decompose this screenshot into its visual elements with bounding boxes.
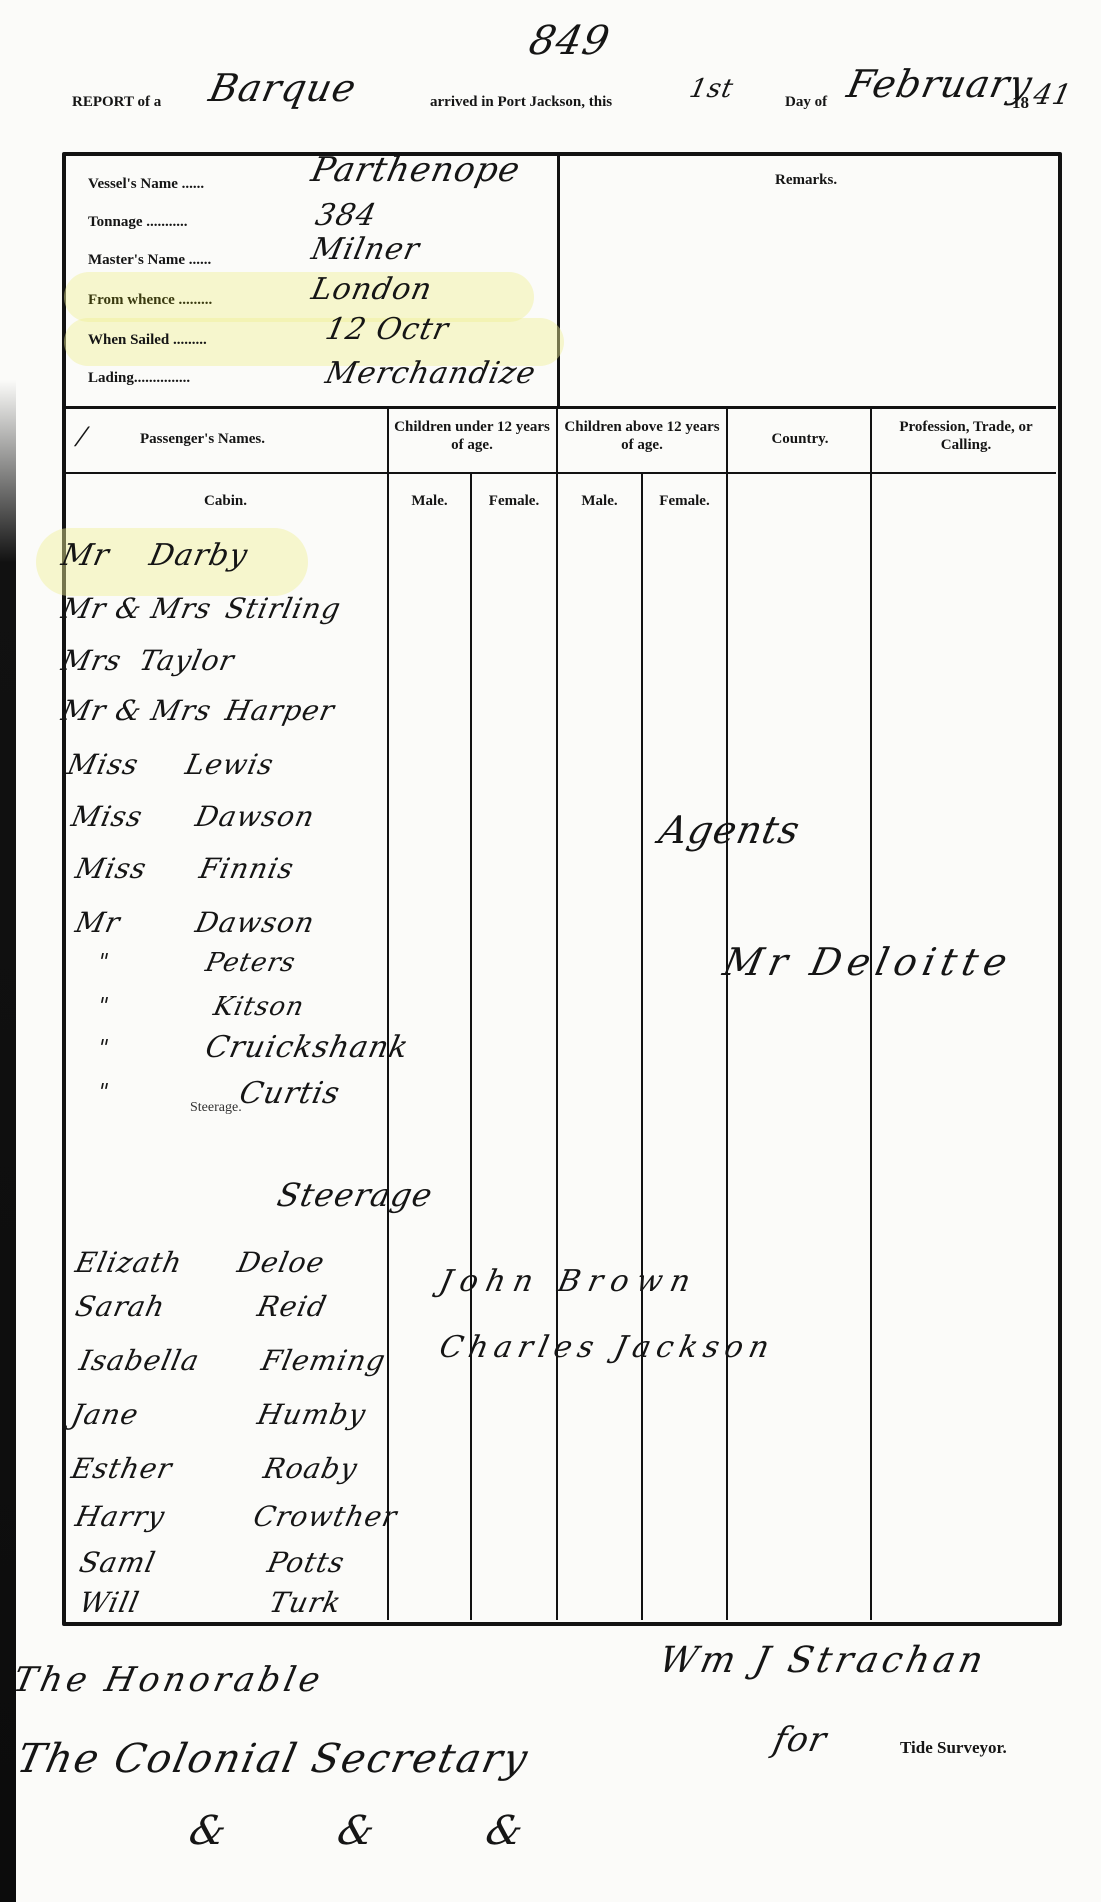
report-middle: arrived in Port Jackson, this: [430, 94, 612, 111]
passenger-surname: Lewis: [182, 748, 276, 781]
passenger-surname: Roaby: [260, 1452, 360, 1485]
passenger-first-name: Isabella: [76, 1344, 202, 1377]
passenger-first-name: Elizath: [72, 1246, 185, 1279]
scan-edge-shadow: [0, 380, 16, 1902]
column-divider: [387, 408, 389, 1620]
master-name-value: Milner: [308, 232, 423, 267]
top-section-bottom-rule: [64, 406, 1056, 409]
page-number: 849: [525, 18, 614, 64]
passenger-surname: Harper: [222, 694, 337, 727]
report-table: [62, 152, 1062, 1626]
extra-passenger-name: Charles Jackson: [436, 1330, 778, 1365]
passenger-surname: Humby: [254, 1398, 369, 1431]
col-header-children-under: Children under 12 years of age.: [392, 418, 552, 454]
passenger-first-name: Jane: [68, 1398, 142, 1431]
surveyor-signature: Wm J Strachan: [656, 1640, 991, 1681]
subheader-female-under: Female.: [472, 492, 556, 510]
agents-name: Mr Deloitte: [719, 940, 1017, 984]
lading-label: Lading...............: [88, 370, 190, 387]
passenger-first-name: Saml: [76, 1546, 158, 1579]
passenger-surname: Kitson: [211, 992, 307, 1022]
passenger-surname: Stirling: [222, 592, 344, 625]
col-header-children-above: Children above 12 years of age.: [562, 418, 722, 454]
passenger-title: Miss: [72, 852, 149, 885]
report-prefix: REPORT of a: [72, 94, 161, 111]
remarks-header: Remarks.: [775, 172, 837, 189]
passenger-surname: Taylor: [136, 644, 237, 677]
steerage-heading: Steerage: [274, 1176, 437, 1214]
subheader-cabin: Cabin.: [64, 492, 387, 510]
column-divider: [470, 473, 472, 1620]
addressee-line-3: & & &: [185, 1808, 577, 1854]
addressee-line-2: The Colonial Secretary: [13, 1736, 533, 1782]
master-name-label: Master's Name ......: [88, 252, 211, 269]
col-header-profession: Profession, Trade, or Calling.: [880, 418, 1052, 454]
subheader-male-under: Male.: [389, 492, 470, 510]
agents-label: Agents: [655, 808, 804, 852]
printed-steerage-label: Steerage.: [190, 1100, 242, 1116]
lading-value: Merchandize: [322, 356, 539, 391]
passenger-title: Mr: [58, 538, 113, 573]
header-row-bottom-rule: [64, 472, 1056, 474]
col-header-country: Country.: [730, 430, 870, 448]
vessel-remarks-divider: [557, 154, 560, 407]
passenger-surname: Peters: [203, 948, 299, 978]
passenger-first-name: Esther: [68, 1452, 175, 1485]
passenger-surname: Crowther: [250, 1500, 400, 1533]
passenger-surname: Turk: [266, 1586, 344, 1619]
addressee-line-1: The Honorable: [10, 1660, 328, 1700]
extra-passenger-name: John Brown: [436, 1264, 701, 1299]
subheader-male-above: Male.: [558, 492, 641, 510]
passenger-first-name: Harry: [72, 1500, 168, 1533]
tonnage-label: Tonnage ...........: [88, 214, 187, 231]
column-divider: [641, 473, 643, 1620]
passenger-surname: Finnis: [196, 852, 297, 885]
passenger-first-name: Sarah: [72, 1290, 168, 1323]
from-whence-label: From whence .........: [88, 292, 212, 309]
year-printed: 18: [1012, 93, 1029, 113]
column-divider: [556, 408, 558, 1620]
passenger-first-name: Will: [76, 1586, 142, 1619]
passenger-title: Miss: [68, 800, 145, 833]
passenger-surname: Fleming: [258, 1344, 388, 1377]
passenger-surname: Cruickshank: [202, 1030, 412, 1065]
from-whence-value: London: [308, 272, 435, 307]
when-sailed-label: When Sailed .........: [88, 332, 207, 349]
passenger-surname: Reid: [254, 1290, 330, 1323]
year-written: 41: [1030, 78, 1075, 111]
vessel-name-value: Parthenope: [308, 150, 524, 190]
passenger-surname: Darby: [146, 538, 251, 573]
passenger-title: Mrs: [58, 644, 124, 677]
column-divider: [726, 408, 728, 1620]
passenger-title: Mr: [72, 906, 123, 939]
when-sailed-value: 12 Octr: [322, 312, 452, 347]
arrival-day: 1st: [687, 74, 737, 104]
vessel-name-label: Vessel's Name ......: [88, 176, 204, 193]
vessel-type: Barque: [205, 66, 360, 110]
arrival-month: February: [843, 62, 1036, 106]
column-divider: [870, 408, 872, 1620]
passenger-surname: Dawson: [192, 906, 317, 939]
passenger-surname: Potts: [264, 1546, 347, 1579]
passenger-title: Miss: [64, 748, 141, 781]
surveyor-title: Tide Surveyor.: [900, 1738, 1007, 1758]
signature-for: for: [770, 1720, 831, 1760]
passenger-title: Mr & Mrs: [58, 694, 214, 727]
tonnage-value: 384: [312, 198, 380, 233]
report-day-of: Day of: [785, 94, 827, 111]
passenger-title: Mr & Mrs: [58, 592, 214, 625]
passenger-surname: Dawson: [192, 800, 317, 833]
col-header-names: Passenger's Names.: [140, 430, 265, 448]
subheader-female-above: Female.: [643, 492, 726, 510]
passenger-surname: Curtis: [236, 1076, 343, 1111]
passenger-surname: Deloe: [234, 1246, 327, 1279]
